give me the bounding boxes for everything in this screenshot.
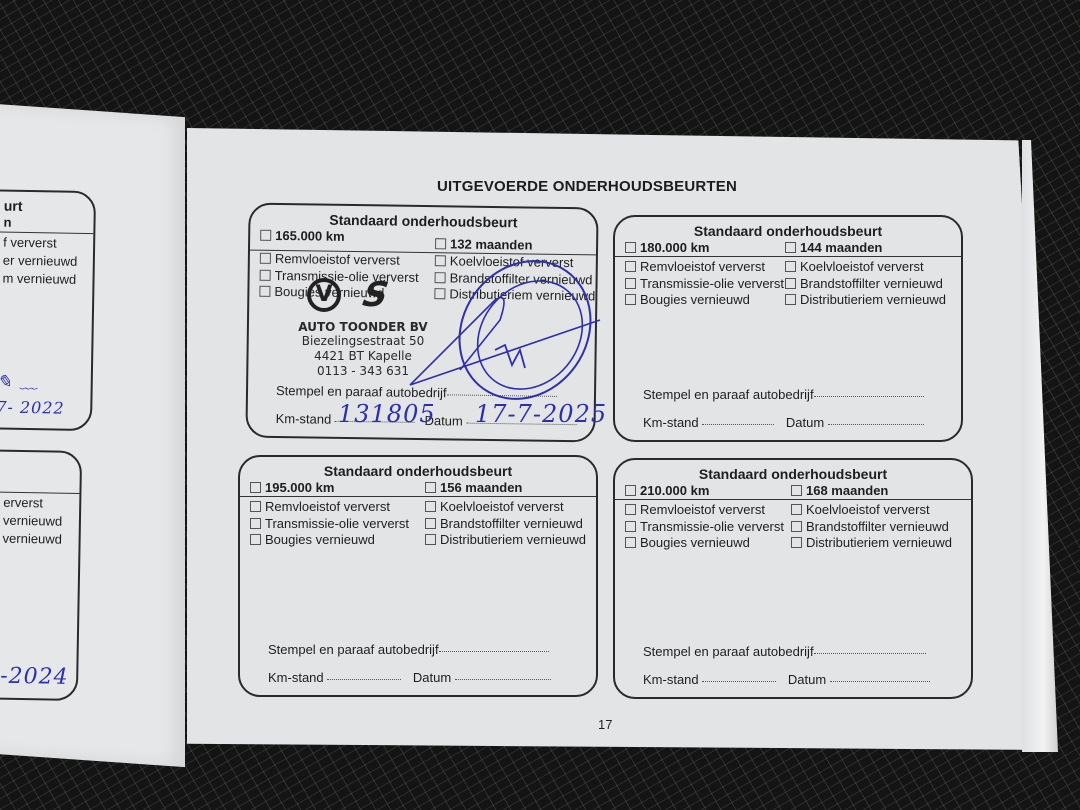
items-right: Koelvloeistof ververst Brandstoffilter v…: [785, 259, 946, 309]
item-koelvloeistof[interactable]: Koelvloeistof ververst: [785, 259, 946, 276]
km-interval-label: 165.000 km: [275, 228, 345, 244]
item-koelvloeistof[interactable]: Koelvloeistof ververst: [791, 502, 952, 519]
km-label: Km-stand: [643, 415, 699, 430]
checkbox[interactable]: [625, 261, 636, 272]
months-interval-label: 144 maanden: [800, 240, 882, 255]
item-fragment: vernieuwd: [3, 512, 63, 531]
km-date-line: Km-stand Datum: [643, 415, 924, 430]
checkbox[interactable]: [260, 230, 271, 241]
handwritten-date-fragment: -2024: [0, 664, 69, 690]
km-field[interactable]: [702, 681, 776, 682]
box-title-fragment: urt: [4, 198, 23, 214]
vakgarage-logo-icon: V: [307, 278, 341, 312]
km-date-line: Km-stand Datum: [268, 670, 551, 685]
item-remvloeistof[interactable]: Remvloeistof ververst: [625, 502, 784, 519]
km-interval-label: 195.000 km: [265, 480, 334, 495]
checkbox[interactable]: [425, 482, 436, 493]
items-left: Remvloeistof ververst Transmissie-olie v…: [250, 499, 409, 549]
date-field[interactable]: [828, 424, 924, 425]
item-label: Remvloeistof ververst: [640, 502, 765, 517]
checkbox[interactable]: [625, 485, 636, 496]
item-fragment: m vernieuwd: [2, 270, 77, 289]
items-right: Koelvloeistof ververst Brandstoffilter v…: [425, 499, 586, 549]
months-interval[interactable]: 168 maanden: [791, 483, 888, 498]
checkbox[interactable]: [260, 269, 271, 280]
item-brandstoffilter[interactable]: Brandstoffilter vernieuwd: [791, 519, 952, 536]
km-interval-label: 210.000 km: [640, 483, 709, 498]
box-title: Standaard onderhoudsbeurt: [615, 466, 971, 482]
km-date-line: Km-stand Datum: [643, 672, 930, 687]
item-distributieriem[interactable]: Distributieriem vernieuwd: [791, 535, 952, 552]
item-label: Transmissie-olie ververst: [640, 276, 784, 291]
item-label: Remvloeistof ververst: [640, 259, 765, 274]
stamp-field[interactable]: [814, 653, 926, 654]
date-field[interactable]: [830, 681, 930, 682]
item-label: Koelvloeistof ververst: [806, 502, 930, 517]
service-box-195000: Standaard onderhoudsbeurt 195.000 km 156…: [238, 455, 598, 697]
divider: [240, 496, 596, 497]
date-label: Datum: [413, 670, 451, 685]
km-interval[interactable]: 165.000 km: [260, 228, 345, 244]
left-page-service-box-bottom: erverst vernieuwd vernieuwd -2024: [0, 449, 82, 701]
item-fragment: erverst: [3, 494, 63, 513]
stamp-line: Stempel en paraaf autobedrijf: [643, 644, 926, 659]
item-label: Remvloeistof ververst: [275, 251, 400, 268]
item-label: Brandstoffilter vernieuwd: [800, 276, 943, 291]
box-title: Standaard onderhoudsbeurt: [240, 463, 596, 479]
stamp-label: Stempel en paraaf autobedrijf: [643, 644, 814, 659]
checkbox[interactable]: [250, 501, 261, 512]
stamp-label: Stempel en paraaf autobedrijf: [643, 387, 814, 402]
item-distributieriem[interactable]: Distributieriem vernieuwd: [425, 532, 586, 549]
checkbox[interactable]: [791, 504, 802, 515]
checkbox[interactable]: [625, 521, 636, 532]
item-label: Remvloeistof ververst: [265, 499, 390, 514]
months-interval-label: 156 maanden: [440, 480, 522, 495]
item-label: Bougies vernieuwd: [265, 532, 375, 547]
checkbox[interactable]: [425, 518, 436, 529]
item-label: Brandstoffilter vernieuwd: [440, 516, 583, 531]
km-interval[interactable]: 180.000 km: [625, 240, 709, 255]
items-fragment: f ververst er vernieuwd m vernieuwd: [2, 234, 77, 289]
checkbox[interactable]: [260, 253, 271, 264]
checkbox[interactable]: [791, 485, 802, 496]
signature: [400, 250, 610, 420]
months-interval[interactable]: 144 maanden: [785, 240, 882, 255]
checkbox[interactable]: [791, 537, 802, 548]
item-brandstoffilter[interactable]: Brandstoffilter vernieuwd: [785, 276, 946, 293]
item-label: Transmissie-olie ververst: [640, 519, 784, 534]
km-label: Km-stand: [643, 672, 699, 687]
km-interval[interactable]: 195.000 km: [250, 480, 334, 495]
signature-fragment: ✎ ﹏: [0, 367, 39, 394]
item-label: Distributieriem vernieuwd: [800, 292, 946, 307]
service-box-180000: Standaard onderhoudsbeurt 180.000 km 144…: [613, 215, 963, 442]
km-interval[interactable]: 210.000 km: [625, 483, 709, 498]
stamp-field[interactable]: [814, 396, 924, 397]
item-label: Bougies vernieuwd: [640, 535, 750, 550]
item-fragment: vernieuwd: [2, 530, 62, 549]
page-number: 17: [598, 717, 612, 732]
stamp-line: Stempel en paraaf autobedrijf: [643, 387, 924, 402]
items-left: Remvloeistof ververst Transmissie-olie v…: [625, 259, 784, 309]
service-box-210000: Standaard onderhoudsbeurt 210.000 km 168…: [613, 458, 973, 699]
item-label: Transmissie-olie ververst: [265, 516, 409, 531]
checkbox[interactable]: [425, 534, 436, 545]
handwritten-date: 17-7-2025: [475, 400, 607, 428]
stamp-line: Stempel en paraaf autobedrijf: [268, 642, 549, 657]
checkbox[interactable]: [791, 521, 802, 532]
item-bougies[interactable]: Bougies vernieuwd: [625, 292, 784, 309]
item-transmissie[interactable]: Transmissie-olie ververst: [250, 516, 409, 533]
suzuki-logo-icon: S: [357, 278, 394, 312]
left-page-service-box-top: urt n f ververst er vernieuwd m vernieuw…: [0, 189, 96, 431]
item-remvloeistof[interactable]: Remvloeistof ververst: [250, 499, 409, 516]
item-fragment: f ververst: [3, 234, 78, 253]
item-label: Koelvloeistof ververst: [440, 499, 564, 514]
page-heading: UITGEVOERDE ONDERHOUDSBEURTEN: [437, 178, 737, 195]
date-field[interactable]: [455, 679, 551, 680]
checkbox[interactable]: [785, 278, 796, 289]
item-transmissie[interactable]: Transmissie-olie ververst: [625, 519, 784, 536]
item-remvloeistof[interactable]: Remvloeistof ververst: [625, 259, 784, 276]
divider: [615, 256, 961, 257]
months-interval[interactable]: 156 maanden: [425, 480, 522, 495]
checkbox[interactable]: [785, 242, 796, 253]
months-fragment: n: [3, 215, 11, 230]
checkbox[interactable]: [625, 278, 636, 289]
box-title: Standaard onderhoudsbeurt: [615, 223, 961, 239]
checkbox[interactable]: [435, 238, 446, 249]
stamp-field[interactable]: [439, 651, 549, 652]
checkbox[interactable]: [259, 286, 270, 297]
checkbox[interactable]: [250, 482, 261, 493]
item-fragment: er vernieuwd: [3, 252, 78, 271]
months-interval-label: 168 maanden: [806, 483, 888, 498]
checkbox[interactable]: [425, 501, 436, 512]
km-field[interactable]: [702, 424, 774, 425]
checkbox[interactable]: [625, 537, 636, 548]
item-label: Brandstoffilter vernieuwd: [806, 519, 949, 534]
items-fragment: erverst vernieuwd vernieuwd: [2, 494, 62, 549]
item-bougies[interactable]: Bougies vernieuwd: [250, 532, 409, 549]
item-label: Distributieriem vernieuwd: [440, 532, 586, 547]
date-label: Datum: [788, 672, 826, 687]
handwritten-date-fragment: 7- 2022: [0, 397, 65, 417]
item-label: Bougies vernieuwd: [640, 292, 750, 307]
item-label: Distributieriem vernieuwd: [806, 535, 952, 550]
checkbox[interactable]: [625, 242, 636, 253]
item-distributieriem[interactable]: Distributieriem vernieuwd: [785, 292, 946, 309]
checkbox[interactable]: [625, 504, 636, 515]
stamp-label: Stempel en paraaf autobedrijf: [268, 642, 439, 657]
items-right: Koelvloeistof ververst Brandstoffilter v…: [791, 502, 952, 552]
item-bougies[interactable]: Bougies vernieuwd: [625, 535, 784, 552]
checkbox[interactable]: [250, 534, 261, 545]
handwritten-km-stand: 131805: [338, 400, 436, 428]
divider: [615, 499, 971, 500]
item-label: Koelvloeistof ververst: [800, 259, 924, 274]
date-label: Datum: [786, 415, 824, 430]
checkbox[interactable]: [785, 294, 796, 305]
item-koelvloeistof[interactable]: Koelvloeistof ververst: [425, 499, 586, 516]
checkbox[interactable]: [625, 294, 636, 305]
km-interval-label: 180.000 km: [640, 240, 709, 255]
km-field[interactable]: [327, 679, 401, 680]
checkbox[interactable]: [250, 518, 261, 529]
item-brandstoffilter[interactable]: Brandstoffilter vernieuwd: [425, 516, 586, 533]
page-edge: [1022, 140, 1058, 752]
items-left: Remvloeistof ververst Transmissie-olie v…: [625, 502, 784, 552]
checkbox[interactable]: [785, 261, 796, 272]
km-label: Km-stand: [276, 411, 332, 427]
km-label: Km-stand: [268, 670, 324, 685]
item-transmissie[interactable]: Transmissie-olie ververst: [625, 276, 784, 293]
